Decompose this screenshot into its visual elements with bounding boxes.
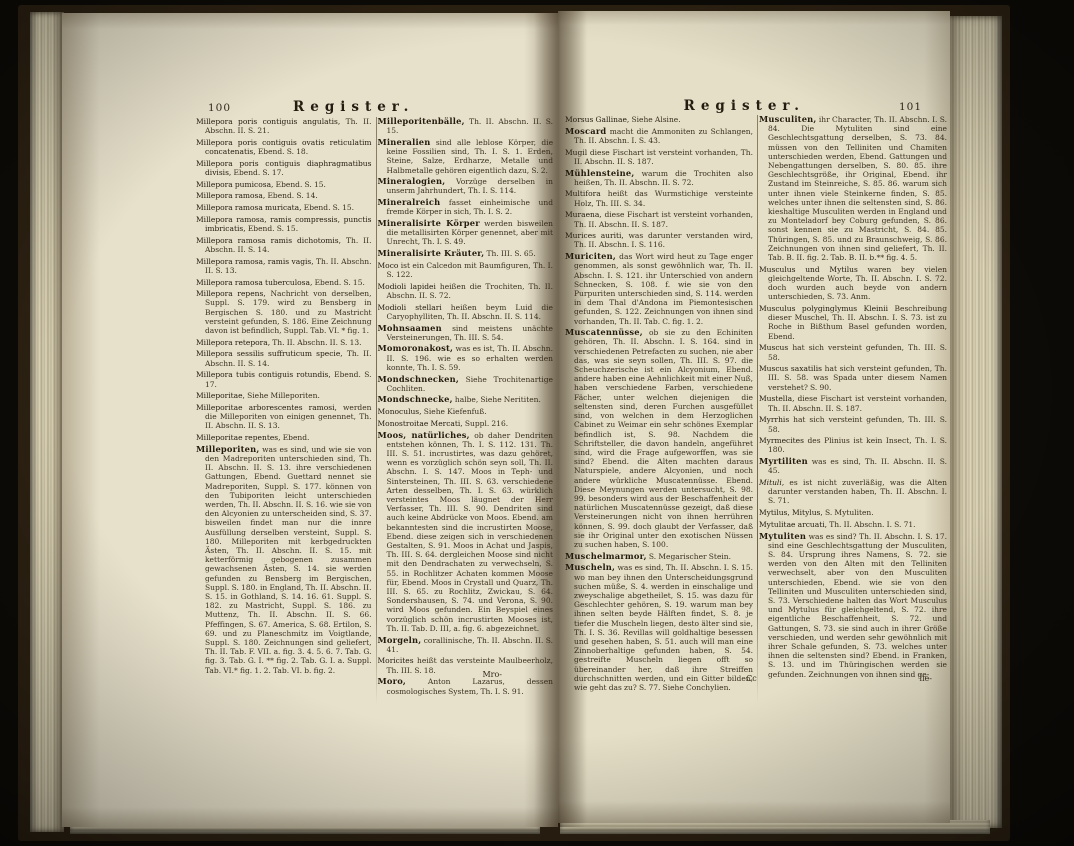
index-entry: Muschelmarmor, S. Megarischer Stein.: [565, 552, 753, 561]
index-entry: Musculus polyginglymus Kleinii Beschreib…: [759, 304, 947, 341]
index-entry: Myrrhis hat sich versteint gefunden, Th.…: [759, 415, 947, 433]
index-entry: Monostroitae Mercati, Suppl. 216.: [378, 419, 554, 428]
entry-headword: Muscus: [759, 343, 788, 352]
page-edges-right: [948, 16, 1002, 828]
entry-text: Th. II. Abschn. I. S. 71.: [829, 520, 915, 529]
entry-headword: Myrrhis: [759, 415, 789, 424]
entry-headword: Millepora tubis contiguis rotundis,: [196, 370, 331, 379]
entry-text: es ist nicht zuverläßig, was die Alten d…: [768, 478, 947, 505]
index-entry: Morsus Gallinae, Siehe Alsine.: [565, 115, 753, 124]
entry-text: Siehe Kiefenfuß.: [424, 407, 487, 416]
entry-text: das Wort wird heut zu Tage enger genomme…: [574, 252, 753, 325]
entry-headword: Myrmecites: [759, 436, 804, 445]
entry-headword: Modioli lapidei: [378, 282, 436, 291]
entry-headword: Musculus polyginglymus Kleinii: [759, 304, 888, 313]
index-entry: Millepora poris contiguis diaphragmatibu…: [196, 159, 372, 177]
index-entry: Millepora repens, Nachricht von derselbe…: [196, 289, 372, 335]
page-edges-left: [30, 12, 64, 832]
entry-headword: Monostroitae Mercati,: [378, 419, 463, 428]
index-entry: Muscus saxatilis hat sich versteint gefu…: [759, 364, 947, 392]
index-entry: Millepora ramosa, ramis vagis, Th. II. A…: [196, 257, 372, 275]
entry-headword: Millepora repens,: [196, 289, 266, 298]
index-entry: Musculus und Mytilus waren bey vielen gl…: [759, 265, 947, 302]
entry-headword: Mondschnecken,: [378, 374, 459, 384]
index-entry: Mondschnecke, halbe, Siehe Nerititen.: [378, 395, 554, 404]
entry-headword: Milleporitae arborescentes ramosi,: [196, 403, 337, 412]
entry-text: Ebend. S. 15.: [304, 203, 354, 212]
catchword-right-page: lie-: [919, 674, 932, 683]
index-entry: Millepora poris contiguis ovatis reticul…: [196, 138, 372, 156]
index-entry: Murices auriti, was darunter verstanden …: [565, 231, 753, 249]
right-page-column-2: Musculiten, ihr Character, Th. II. Absch…: [758, 115, 951, 703]
entry-headword: Millepora ramosa,: [196, 191, 265, 200]
index-entry: Musculiten, ihr Character, Th. II. Absch…: [759, 115, 947, 262]
entry-headword: Modioli stellari: [378, 303, 442, 312]
index-entry: Mituli, es ist nicht zuverläßig, was die…: [759, 478, 947, 506]
entry-text: ob sie zu den Echiniten gehören, Th. II.…: [574, 328, 753, 549]
entry-text: S. Mytuliten.: [825, 508, 874, 517]
entry-headword: Millepora retepora,: [196, 338, 270, 347]
entry-text: ob daher Dendriten entstehen können, Th.…: [387, 431, 554, 633]
page-right: Register. 101 Morsus Gallinae, Siehe Als…: [558, 11, 950, 823]
page-left-columns: Millepora poris contiguis angulatis, Th.…: [195, 117, 557, 705]
entry-headword: Mustella,: [759, 394, 794, 403]
left-page-column-2: Milleporitenbälle, Th. II. Abschn. II. S…: [377, 117, 558, 705]
catchword-left-page: Mro-: [482, 670, 502, 679]
index-entry: Mytuliten was es sind? Th. II. Abschn. I…: [759, 532, 947, 679]
index-entry: Moco ist ein Calcedon mit Baumfiguren, T…: [378, 261, 554, 279]
index-entry: Mytilus, Mitylus, S. Mytuliten.: [759, 508, 947, 517]
entry-headword: Millepora poris contiguis angulatis,: [196, 117, 340, 126]
index-entry: Mineralisirte Körper werden bisweilen di…: [378, 219, 554, 247]
index-entry: Millepora sessilis suffruticum specie, T…: [196, 349, 372, 367]
entry-headword: Mohnsaamen: [378, 323, 442, 333]
entry-headword: Muscus saxatilis: [759, 364, 822, 373]
index-entry: Muscheln, was es sind, Th. II. Abschn. I…: [565, 563, 753, 692]
index-entry: Mineralreich fasset einheimische und fre…: [378, 198, 554, 216]
entry-text: Th. II. Abschn. II. S. 13.: [272, 338, 361, 347]
entry-headword: Milleporiten,: [196, 444, 259, 454]
entry-text: Ebend. S. 15.: [315, 278, 365, 287]
index-entry: Mineralogien, Vorzüge derselben in unser…: [378, 177, 554, 195]
signature-mark: Cc: [746, 674, 757, 683]
entry-headword: Milleporitae,: [196, 391, 245, 400]
entry-headword: Millepora ramosa ramis dichotomis,: [196, 236, 341, 245]
index-entry: Modioli stellari heißen beym Luid die Ca…: [378, 303, 554, 321]
entry-headword: Mondschnecke,: [378, 394, 453, 404]
entry-text: Suppl. 216.: [465, 419, 508, 428]
entry-text: halbe, Siehe Nerititen.: [455, 395, 541, 404]
entry-headword: Morgeln,: [378, 635, 422, 645]
index-entry: Milleporitenbälle, Th. II. Abschn. II. S…: [378, 117, 554, 135]
index-entry: Millepora ramosa tuberculosa, Ebend. S. …: [196, 278, 372, 287]
entry-text: Siehe Alsine.: [631, 115, 680, 124]
index-entry: Mineralien sind alle leblose Körper, die…: [378, 138, 554, 175]
page-number-left: 100: [208, 102, 231, 114]
book-gutter-shadow: [534, 11, 586, 827]
index-entry: Millepora pumicosa, Ebend. S. 15.: [196, 180, 372, 189]
index-entry: Muraena, diese Fischart ist versteint vo…: [565, 210, 753, 228]
index-entry: Millepora ramosa muricata, Ebend. S. 15.: [196, 203, 372, 212]
entry-text: Ebend. S. 18.: [258, 147, 308, 156]
page-left: 100 Register. Millepora poris contiguis …: [62, 13, 558, 827]
index-entry: Muscatennüsse, ob sie zu den Echiniten g…: [565, 328, 753, 549]
book-photo: 100 Register. Millepora poris contiguis …: [0, 0, 1074, 846]
index-entry: Moos, natürliches, ob daher Dendriten en…: [378, 431, 554, 633]
entry-headword: Milleporitae repentes,: [196, 433, 281, 442]
entry-headword: Mytilus, Mitylus,: [759, 508, 823, 517]
entry-text: Ebend. S. 17.: [234, 168, 284, 177]
index-entry: Moscard macht die Ammoniten zu Schlangen…: [565, 127, 753, 145]
entry-text: Ebend. S. 15.: [248, 224, 298, 233]
index-entry: Moro, Anton Lazarus, dessen cosmologisch…: [378, 677, 554, 695]
entry-headword: Millepora pumicosa,: [196, 180, 273, 189]
index-entry: Mytulitae arcuati, Th. II. Abschn. I. S.…: [759, 520, 947, 529]
index-entry: Millepora ramosa, ramis compressis, punc…: [196, 215, 372, 233]
entry-headword: Millepora sessilis suffruticum specie,: [196, 349, 343, 358]
entry-headword: Moco: [378, 261, 399, 270]
entry-headword: Moro,: [378, 676, 407, 686]
entry-headword: Monoculus,: [378, 407, 422, 416]
index-entry: Millepora retepora, Th. II. Abschn. II. …: [196, 338, 372, 347]
index-entry: Milleporitae repentes, Ebend.: [196, 433, 372, 442]
index-entry: Milleporitae, Siehe Milleporiten.: [196, 391, 372, 400]
entry-text: diese Fischart ist versteint vorhanden, …: [768, 394, 947, 412]
page-right-header: Register. 101: [558, 97, 950, 117]
page-number-right: 101: [899, 101, 922, 113]
running-title-right: Register.: [684, 98, 805, 114]
index-entry: Morgeln, corallinische, Th. II. Abschn. …: [378, 636, 554, 654]
entry-headword: Mineralisirte Kräuter,: [378, 248, 485, 258]
entry-headword: Millepora ramosa muricata,: [196, 203, 302, 212]
entry-headword: Momoronakost,: [378, 343, 454, 353]
index-entry: Millepora ramosa ramis dichotomis, Th. I…: [196, 236, 372, 254]
entry-headword: Millepora ramosa tuberculosa,: [196, 278, 312, 287]
page-right-columns: Morsus Gallinae, Siehe Alsine. Moscard m…: [564, 115, 951, 703]
entry-text: Th. III. S. 65.: [487, 249, 536, 258]
entry-text: ihr Character, Th. II. Abschn. I. S. 84.…: [768, 115, 947, 262]
index-entry: Modioli lapidei heißen die Trochiten, Th…: [378, 282, 554, 300]
entry-text: hat sich versteint gefunden, Th. III. S.…: [768, 343, 947, 361]
entry-text: hat sich versteint gefunden, Th. III. S.…: [768, 415, 947, 433]
index-entry: Multifora heißt das Wurmstichige verstei…: [565, 189, 753, 207]
index-entry: Mineralisirte Kräuter, Th. III. S. 65.: [378, 249, 554, 258]
entry-headword: Moos, natürliches,: [378, 430, 470, 440]
entry-text: Ebend. S. 14.: [267, 191, 317, 200]
entry-headword: Mituli,: [759, 478, 784, 487]
entry-text: S. Megarischer Stein.: [649, 552, 731, 561]
index-entry: Mohnsaamen sind meistens unächte Verstei…: [378, 324, 554, 342]
index-entry: Millepora tubis contiguis rotundis, Eben…: [196, 370, 372, 388]
entry-text: diese Fischart ist versteint vorhanden, …: [574, 148, 753, 166]
running-title-left: Register.: [293, 99, 414, 115]
index-entry: Mugil diese Fischart ist versteint vorha…: [565, 148, 753, 166]
entry-text: Siehe Milleporiten.: [247, 391, 320, 400]
index-entry: Muriciten, das Wort wird heut zu Tage en…: [565, 252, 753, 326]
index-entry: Mühlensteine, warum die Trochiten also h…: [565, 169, 753, 187]
page-left-header: 100 Register.: [62, 99, 558, 119]
entry-headword: Moricites: [378, 656, 414, 665]
index-entry: Myrtiliten was es sind, Th. II. Abschn. …: [759, 457, 947, 475]
entry-text: Anton Lazarus, dessen cosmologisches Sys…: [387, 677, 554, 695]
entry-headword: Mineralisirte Körper: [378, 218, 480, 228]
left-page-column-1: Millepora poris contiguis angulatis, Th.…: [195, 117, 376, 705]
index-entry: Momoronakost, was es ist, Th. II. Abschn…: [378, 344, 554, 372]
entry-text: Ebend.: [283, 433, 310, 442]
index-entry: Milleporitae arborescentes ramosi, werde…: [196, 403, 372, 431]
entry-text: heißt das Wurmstichige versteinte Holz, …: [574, 189, 753, 207]
entry-headword: Mineralogien,: [378, 176, 446, 186]
entry-text: ist ein Calcedon mit Baumfiguren, Th. I.…: [387, 261, 554, 279]
entry-headword: Milleporitenbälle,: [378, 117, 465, 126]
entry-headword: Musculus und Mytilus: [759, 265, 858, 274]
entry-headword: Mineralreich: [378, 197, 441, 207]
index-entry: Mondschnecken, Siehe Trochitenartige Coc…: [378, 375, 554, 393]
entry-headword: Millepora ramosa, ramis vagis,: [196, 257, 314, 266]
index-entry: Millepora ramosa, Ebend. S. 14.: [196, 191, 372, 200]
index-entry: Milleporiten, was es sind, und wie sie v…: [196, 445, 372, 675]
index-entry: Mustella, diese Fischart ist versteint v…: [759, 394, 947, 412]
entry-text: was es sind, und wie sie von den Madrepo…: [205, 445, 372, 675]
entry-headword: Musculiten,: [759, 115, 817, 124]
right-page-column-1: Morsus Gallinae, Siehe Alsine. Moscard m…: [564, 115, 757, 703]
index-entry: Muscus hat sich versteint gefunden, Th. …: [759, 343, 947, 361]
index-entry: Millepora poris contiguis angulatis, Th.…: [196, 117, 372, 135]
entry-headword: Mytuliten: [759, 531, 806, 541]
entry-headword: Mineralien: [378, 137, 431, 147]
index-entry: Myrmecites des Plinius ist kein Insect, …: [759, 436, 947, 454]
index-entry: Monoculus, Siehe Kiefenfuß.: [378, 407, 554, 416]
entry-headword: Mytulitae arcuati,: [759, 520, 827, 529]
entry-headword: Myrtiliten: [759, 456, 808, 466]
entry-text: was es sind? Th. II. Abschn. I. S. 17. s…: [768, 532, 947, 679]
index-entry: Moricites heißt das versteinte Maulbeerh…: [378, 656, 554, 674]
entry-text: Ebend. S. 15.: [276, 180, 326, 189]
entry-text: was es sind, Th. II. Abschn. I. S. 15. w…: [574, 563, 753, 692]
